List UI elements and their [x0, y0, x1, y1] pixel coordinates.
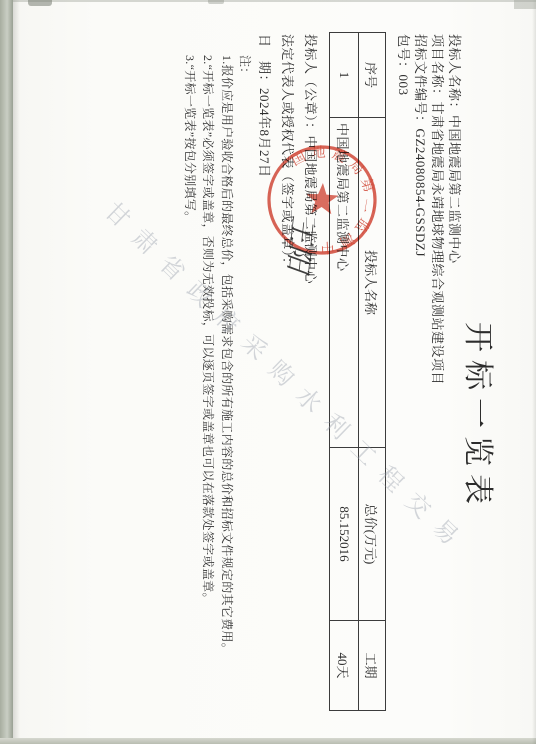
scan-edge-right [532, 0, 536, 744]
col-header-duration: 工期 [359, 621, 386, 711]
project-name-label: 项目名称： [430, 34, 445, 102]
date-line: 日 期：2024年8月27日 [253, 34, 276, 284]
note-item-2: 2.“开标一览表”必须签字或盖章，否则为无效投标，可以逐页签字或盖章也可以在落款… [199, 55, 217, 655]
scan-artifact [28, 0, 52, 6]
project-name-value: 甘肃省地震局永靖地球物理综合观测站建设项目 [430, 102, 445, 386]
scan-artifact [208, 0, 224, 4]
package-number-field: 包号：003 [395, 34, 412, 385]
table-row: 1 中国地震局第二监测中心 85.152016 40天 [330, 33, 359, 711]
tender-doc-number-field: 招标文件编号：GZ24080854-GSSDZJ [412, 34, 429, 385]
cell-serial: 1 [330, 33, 359, 118]
col-header-serial: 序号 [359, 33, 386, 118]
scan-artifact [514, 0, 536, 9]
cell-bidder: 中国地震局第二监测中心 [330, 118, 359, 448]
project-name-field: 项目名称：甘肃省地震局永靖地球物理综合观测站建设项目 [429, 34, 446, 385]
col-header-total-price: 总价(万元) [359, 448, 386, 621]
tender-doc-number-label: 招标文件编号： [413, 34, 428, 129]
scan-edge-top [13, 0, 536, 2]
tender-doc-number-value: GZ24080854-GSSDZJ [413, 129, 428, 257]
package-number-value: 003 [396, 75, 411, 96]
bidder-name-value: 中国地震局第二监测中心 [447, 115, 462, 264]
package-number-label: 包号： [396, 34, 411, 75]
scan-edge-bottom [0, 738, 536, 744]
notes-block: 注： 1.报价应是用户验收合格后的最终总价，包括采购需求包含的所有施工内容的总价… [180, 55, 254, 655]
scan-edge-left-shadow [13, 0, 20, 744]
header-fields: 投标人名称：中国地震局第二监测中心 项目名称：甘肃省地震局永靖地球物理综合观测站… [395, 34, 463, 385]
note-item-3: 3.“开标一览表”按包分别填写。 [180, 55, 198, 655]
cell-duration: 40天 [330, 621, 359, 711]
cell-total-price: 85.152016 [330, 448, 359, 621]
scanned-page: 开标一览表 投标人名称：中国地震局第二监测中心 项目名称：甘肃省地震局永靖地球物… [0, 0, 536, 744]
document-title: 开标一览表 [459, 90, 503, 744]
table-header-row: 序号 投标人名称 总价(万元) 工期 [359, 33, 386, 711]
bid-opening-document: 开标一览表 投标人名称：中国地震局第二监测中心 项目名称：甘肃省地震局永靖地球物… [0, 0, 536, 744]
scan-edge-left [0, 0, 13, 744]
bid-summary-table: 序号 投标人名称 总价(万元) 工期 1 中国地震局第二监测中心 85.1520… [329, 32, 386, 711]
handwritten-signature: 王阳 [280, 214, 325, 276]
notes-heading: 注： [236, 55, 254, 655]
note-item-1: 1.报价应是用户验收合格后的最终总价，包括采购需求包含的所有施工内容的总价和招标… [217, 55, 235, 655]
bidder-name-field: 投标人名称：中国地震局第二监测中心 [446, 34, 463, 385]
col-header-bidder: 投标人名称 [359, 118, 386, 448]
bidder-name-label: 投标人名称： [447, 34, 462, 115]
